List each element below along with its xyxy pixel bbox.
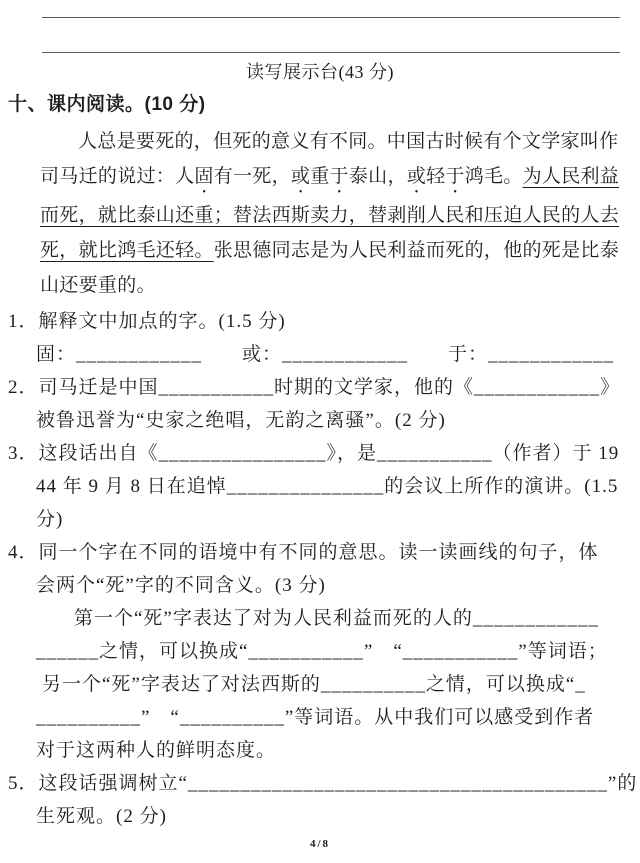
dotted-character: 于 [330,166,349,187]
passage-text: 山还要重的。 [40,275,156,296]
question-line: 对于这两种人的鲜明态度。 [0,734,630,767]
dotted-character: 于 [445,166,464,187]
question-line: ______之情，可以换成“___________” “___________”… [0,635,630,668]
passage-line: 司马迁的说过：人固有一死，或重于泰山，或轻于鸿毛。为人民利益 [40,159,622,198]
questions: 1．解释文中加点的字。(1.5 分)固：____________ 或：_____… [0,305,630,833]
underlined-text: 而死，就比泰山还重；替法西斯卖力，替剥削人民和压迫人民的人去 [40,205,619,226]
underlined-text: 为人民利益 [523,166,620,187]
question-line: 分) [0,503,630,536]
question-line: 2．司马迁是中国___________时期的文学家，他的《___________… [0,371,630,404]
passage-text: 重 [310,166,329,187]
passage-line: 死，就比鸿毛还轻。张思德同志是为人民利益而死的，他的死是比泰 [40,233,622,268]
section-heading: 十、课内阅读。(10 分) [0,89,640,121]
dotted-character: 固 [194,166,213,187]
passage: 人总是要死的，但死的意义有不同。中国古时候有个文学家叫作司马迁的说过：人固有一死… [40,124,622,303]
question-line: 1．解释文中加点的字。(1.5 分) [0,305,630,338]
passage-text: 有一死， [214,166,291,187]
passage-text: 人总是要死的，但死的意义有不同。中国古时候有个文学家叫作 [78,131,618,152]
page-number: 4/8 [0,838,640,850]
passage-text: 张思德同志是为人民利益而死的，他的死是比泰 [214,240,619,261]
question-line: 44 年 9 月 8 日在追悼_______________的会议上所作的演讲。… [0,470,630,503]
dotted-character: 或 [407,166,426,187]
passage-text: 轻 [426,166,445,187]
dotted-character: 或 [291,166,310,187]
passage-text: 司马迁的说过：人 [40,166,194,187]
question-line: 4．同一个字在不同的语境中有不同的意思。读一读画线的句子，体 [0,536,630,569]
question-line: 另一个“死”字表达了对法西斯的__________之情，可以换成“_ [0,668,630,701]
passage-line: 而死，就比泰山还重；替法西斯卖力，替剥削人民和压迫人民的人去 [40,198,622,233]
question-line: 会两个“死”字的不同含义。(3 分) [0,569,630,602]
question-line: __________” “__________”等词语。从中我们可以感受到作者 [0,701,630,734]
passage-line: 山还要重的。 [40,268,622,303]
question-line: 固：____________ 或：____________ 于：________… [0,338,630,371]
passage-text: 泰山， [349,166,407,187]
passage-text: 鸿毛。 [465,166,523,187]
question-line: 5．这段话强调树立“______________________________… [0,767,630,800]
question-line: 被鲁迅誉为“史家之绝唱，无韵之离骚”。(2 分) [0,404,630,437]
question-line: 第一个“死”字表达了对为人民利益而死的人的____________ [0,602,630,635]
question-line: 生死观。(2 分) [0,800,630,833]
question-line: 3．这段话出自《________________》，是___________（作… [0,437,630,470]
blank-answer-line-2 [42,18,620,53]
underlined-text: 死，就比鸿毛还轻。 [40,240,214,261]
blank-answer-line-1 [42,0,620,18]
section-title: 读写展示台(43 分) [0,56,640,89]
passage-line: 人总是要死的，但死的意义有不同。中国古时候有个文学家叫作 [40,124,622,159]
